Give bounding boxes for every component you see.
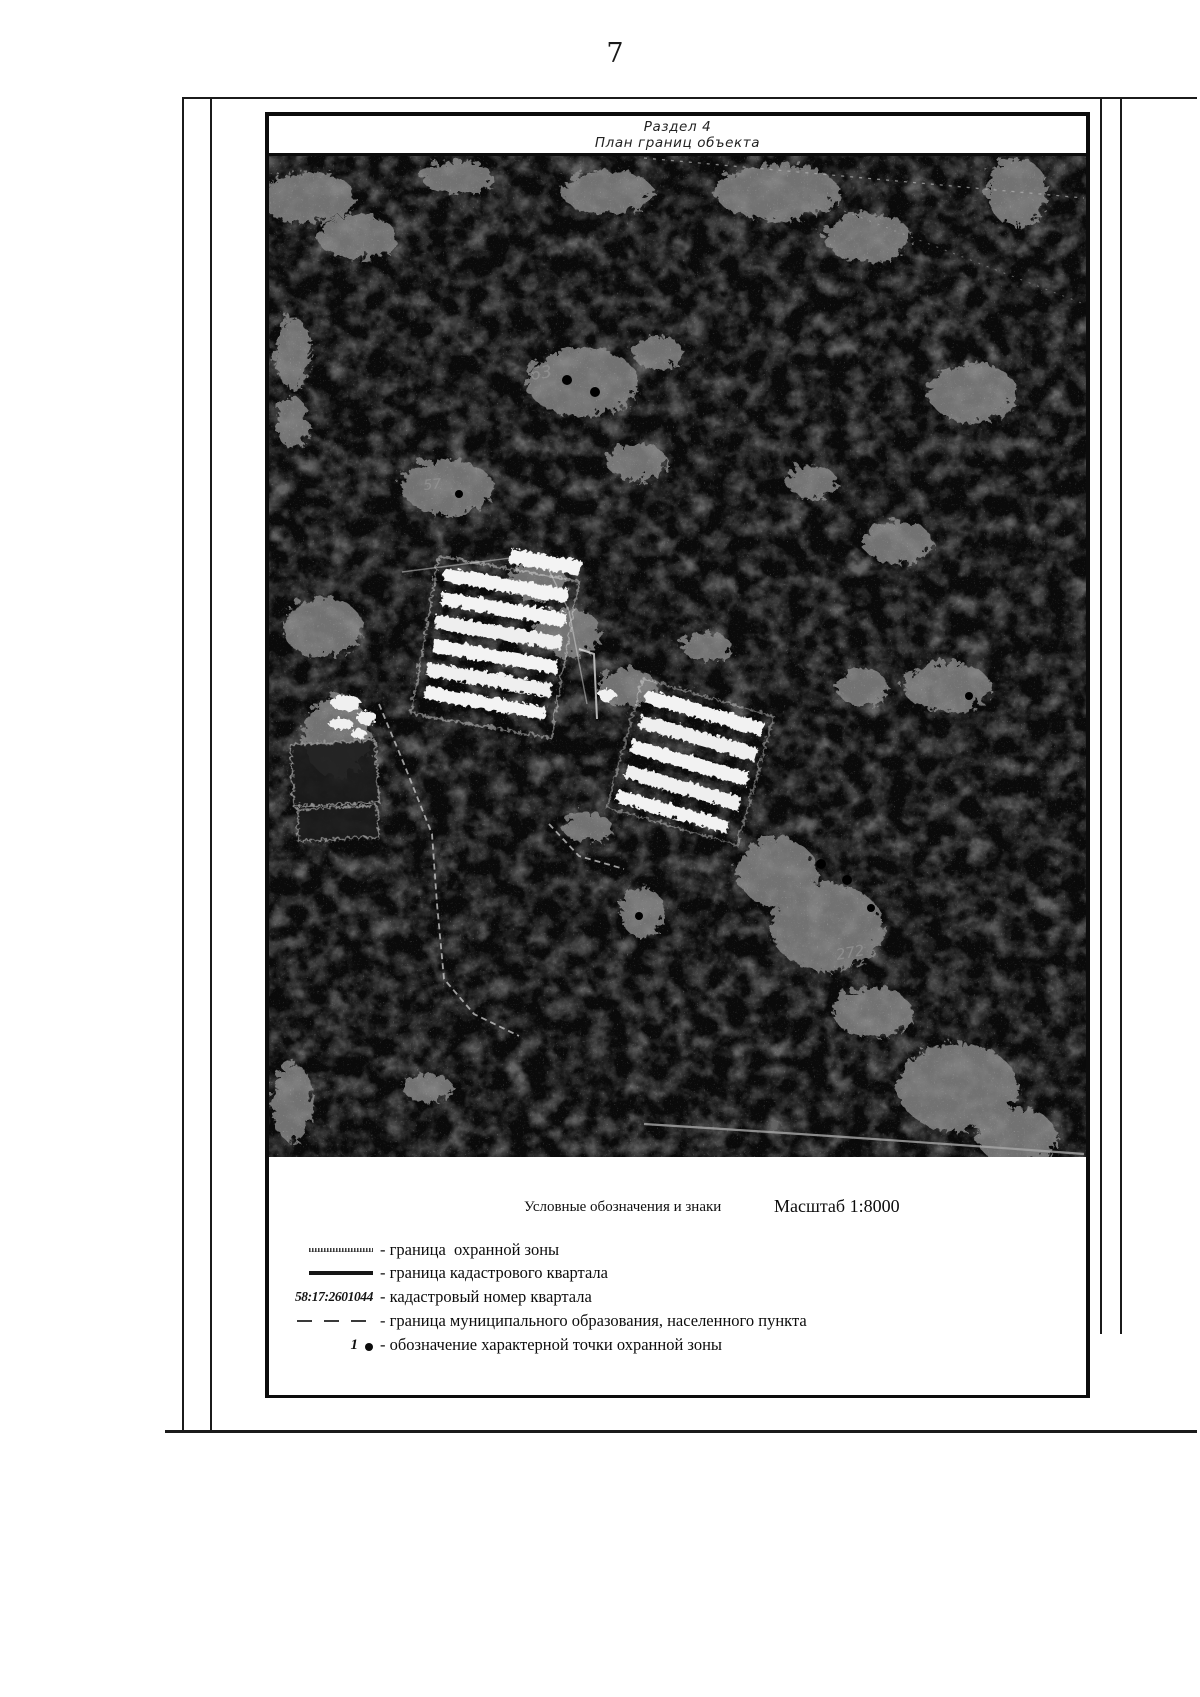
municipal-boundary-line-symbol (269, 1311, 373, 1331)
frame-bottom-line (165, 1430, 1197, 1433)
frame-left-outer-line (182, 98, 184, 1432)
ghost-label-63: 63 (529, 362, 553, 385)
legend-label: - граница кадастрового квартала (380, 1263, 1030, 1283)
point-dot-icon (365, 1343, 373, 1351)
point-marker-symbol: 1 (269, 1335, 373, 1355)
plan-header-title: Раздел 4 (644, 119, 712, 135)
plan-border-box: Раздел 4 План границ объекта (265, 112, 1090, 1398)
legend-label: - обозначение характерной точки охранной… (380, 1335, 1030, 1355)
aerial-map-svg: 63 57 272 (269, 156, 1086, 1157)
legend-row-cadastral-quarter: - граница кадастрового квартала (269, 1263, 1039, 1283)
map-scale-label: Масштаб 1:8000 (774, 1196, 900, 1217)
plan-header: Раздел 4 План границ объекта (269, 116, 1086, 156)
cadastral-quarter-line-symbol (269, 1263, 373, 1283)
frame-top-line (182, 97, 1197, 99)
legend-row-point-marker: 1 - обозначение характерной точки охранн… (269, 1335, 1039, 1355)
legend-title: Условные обозначения и знаки (524, 1199, 721, 1216)
frame-left-inner-line (210, 98, 212, 1432)
legend-block: Условные обозначения и знаки Масштаб 1:8… (269, 1157, 1086, 1395)
cadastral-number-text: 58:17:2601044 (295, 1289, 373, 1305)
ghost-label-57: 57 (423, 476, 442, 494)
legend-row-cadastral-number: 58:17:2601044 - кадастровый номер кварта… (269, 1287, 1039, 1307)
page-number: 7 (0, 38, 1200, 69)
plan-header-subtitle: План границ объекта (595, 135, 760, 151)
dashed-line-icon (297, 1320, 373, 1323)
legend-row-protection-zone: - граница охранной зоны (269, 1240, 1039, 1260)
point-number: 1 (351, 1337, 359, 1354)
thin-line-icon (309, 1248, 373, 1252)
legend-label: - граница охранной зоны (380, 1240, 1030, 1260)
frame-right-inner-line (1100, 98, 1102, 1334)
aerial-map-image: 63 57 272 (269, 156, 1086, 1157)
frame-right-outer-line (1120, 98, 1122, 1334)
protection-zone-line-symbol (269, 1240, 373, 1260)
thick-line-icon (309, 1271, 373, 1275)
map-texture-speckle (269, 156, 1086, 1157)
legend-row-municipal-boundary: - граница муниципального образования, на… (269, 1311, 1039, 1331)
fenced-lots (289, 739, 379, 840)
point-marker-icon: 1 (351, 1337, 374, 1354)
scanned-document-page: 7 Раздел 4 План границ объекта (0, 0, 1200, 1697)
legend-label: - граница муниципального образования, на… (380, 1311, 1030, 1331)
cadastral-number-symbol: 58:17:2601044 (269, 1287, 373, 1307)
legend-label: - кадастровый номер квартала (380, 1287, 1030, 1307)
